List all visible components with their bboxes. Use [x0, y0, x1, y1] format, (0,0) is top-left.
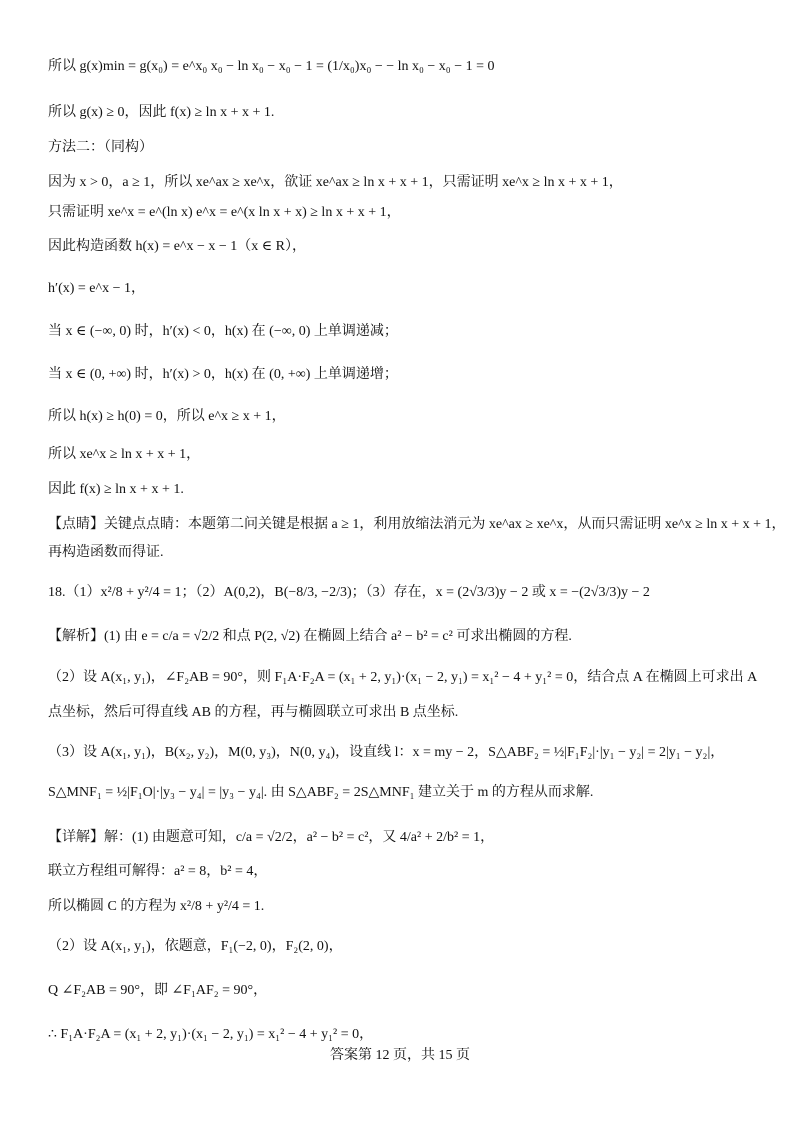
- solution-line: 所以 xe^x ≥ ln x + x + 1，: [48, 445, 200, 465]
- solution-line: 只需证明 xe^x = e^(ln x) e^x = e^(x ln x + x…: [48, 203, 401, 223]
- solution-line: h′(x) = e^x − 1，: [48, 279, 145, 299]
- analysis-line: S△MNF₁ = ½|F₁O|·|y₃ − y₄| = |y₃ − y₄|. 由…: [48, 783, 593, 803]
- solution-line: 因此构造函数 h(x) = e^x − x − 1（x ∈ R），: [48, 237, 306, 257]
- solution-line: 当 x ∈ (0, +∞) 时，h′(x) > 0，h(x) 在 (0, +∞)…: [48, 365, 398, 385]
- detail-line: Q ∠F₂AB = 90°，即 ∠F₁AF₂ = 90°，: [48, 981, 267, 1001]
- solution-line: 因此 f(x) ≥ ln x + x + 1.: [48, 480, 184, 500]
- analysis-line: 【解析】(1) 由 e = c/a = √2/2 和点 P(2, √2) 在椭圆…: [48, 627, 572, 647]
- detail-line: （2）设 A(x₁, y₁)，依题意，F₁(−2, 0)，F₂(2, 0)，: [48, 937, 343, 957]
- key-point-note: 【点睛】关键点点睛：本题第二问关键是根据 a ≥ 1，利用放缩法消元为 xe^a…: [48, 515, 786, 535]
- document-page: 所以 g(x)min = g(x₀) = e^x₀ x₀ − ln x₀ − x…: [0, 0, 800, 1131]
- solution-line: 因为 x > 0，a ≥ 1，所以 xe^ax ≥ xe^x，欲证 xe^ax …: [48, 173, 623, 193]
- detail-line: ∴ F₁A·F₂A = (x₁ + 2, y₁)·(x₁ − 2, y₁) = …: [48, 1025, 373, 1045]
- detail-line: 联立方程组可解得：a² = 8，b² = 4，: [48, 862, 267, 882]
- detail-line: 【详解】解：(1) 由题意可知，c/a = √2/2，a² − b² = c²，…: [48, 828, 494, 848]
- solution-line: 所以 g(x)min = g(x₀) = e^x₀ x₀ − ln x₀ − x…: [48, 57, 494, 77]
- detail-line: 所以椭圆 C 的方程为 x²/8 + y²/4 = 1.: [48, 897, 264, 917]
- page-footer: 答案第 12 页，共 15 页: [0, 1044, 800, 1064]
- analysis-line: （2）设 A(x₁, y₁)，∠F₂AB = 90°，则 F₁A·F₂A = (…: [48, 668, 757, 688]
- key-point-note: 再构造函数而得证.: [48, 543, 164, 563]
- solution-line: 当 x ∈ (−∞, 0) 时，h′(x) < 0，h(x) 在 (−∞, 0)…: [48, 322, 398, 342]
- analysis-line: （3）设 A(x₁, y₁)，B(x₂, y₂)，M(0, y₃)，N(0, y…: [48, 743, 724, 763]
- analysis-line: 点坐标，然后可得直线 AB 的方程，再与椭圆联立可求出 B 点坐标.: [48, 703, 458, 723]
- method-heading: 方法二：（同构）: [48, 138, 153, 158]
- solution-line: 所以 h(x) ≥ h(0) = 0，所以 e^x ≥ x + 1，: [48, 407, 286, 427]
- solution-line: 所以 g(x) ≥ 0，因此 f(x) ≥ ln x + x + 1.: [48, 103, 274, 123]
- answer-18: 18.（1）x²/8 + y²/4 = 1；（2）A(0,2)，B(−8/3, …: [48, 583, 650, 603]
